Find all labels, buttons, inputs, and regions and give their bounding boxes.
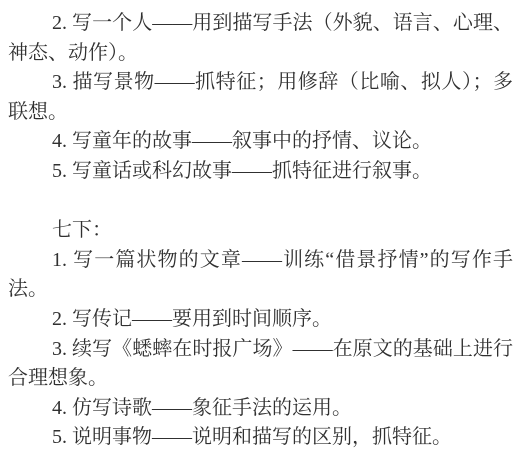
writing-item-fairy-tale: 5. 写童话或科幻故事——抓特征进行叙事。 (8, 157, 513, 187)
writing-item-childhood-story: 4. 写童年的故事——叙事中的抒情、议论。 (8, 127, 513, 157)
book-page: 2. 写一个人——用到描写手法（外貌、语言、心理、神态、动作）。 3. 描写景物… (0, 0, 520, 463)
section-heading-grade7-term2: 七下： (8, 216, 513, 246)
writing-item-poem-imitation: 4. 仿写诗歌——象征手法的运用。 (8, 394, 513, 424)
writing-item-biography: 2. 写传记——要用到时间顺序。 (8, 305, 513, 335)
section-grade7-term2: 七下： 1. 写一篇状物的文章——训练“借景抒情”的写作手法。 2. 写传记——… (8, 216, 513, 453)
writing-item-scenery: 3. 描写景物——抓特征；用修辞（比喻、拟人）；多联想。 (8, 68, 513, 127)
writing-item-person: 2. 写一个人——用到描写手法（外貌、语言、心理、神态、动作）。 (8, 9, 513, 68)
section-grade7-term1: 2. 写一个人——用到描写手法（外貌、语言、心理、神态、动作）。 3. 描写景物… (8, 9, 513, 187)
writing-item-explain-things: 5. 说明事物——说明和描写的区别，抓特征。 (8, 423, 513, 453)
writing-item-object-essay: 1. 写一篇状物的文章——训练“借景抒情”的写作手法。 (8, 246, 513, 305)
writing-item-cricket-sequel: 3. 续写《蟋蟀在时报广场》——在原文的基础上进行合理想象。 (8, 335, 513, 394)
